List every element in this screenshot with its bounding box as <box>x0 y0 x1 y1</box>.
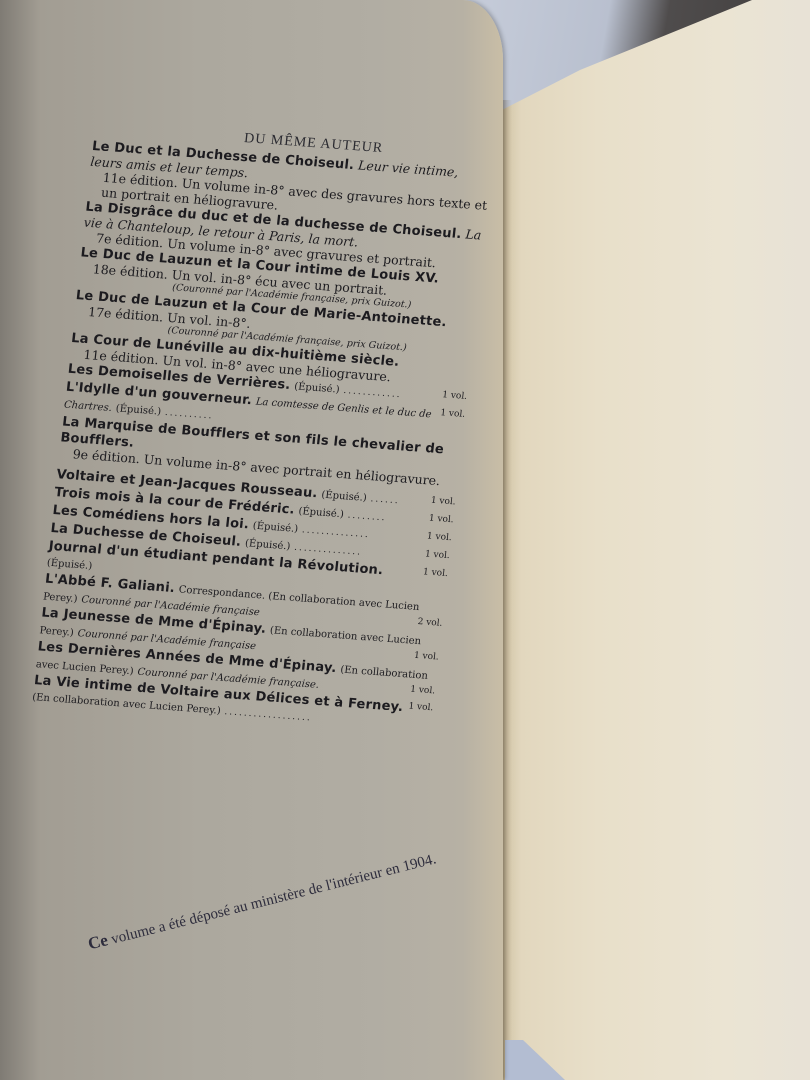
leader-dots: .................. <box>224 707 312 723</box>
deposit-notice: Ce volume a été déposé au ministère de l… <box>86 848 438 954</box>
book-details: (Épuisé.) <box>252 521 298 535</box>
volume-count: 1 vol. <box>430 494 456 511</box>
bibliography-list: DU MÊME AUTEUR Le Duc et la Duchesse de … <box>31 120 494 735</box>
volume-count: 2 vol. <box>417 615 443 632</box>
volume-count: 1 vol. <box>439 406 465 423</box>
book-details: (Épuisé.) <box>321 490 367 504</box>
book-details: (Épuisé.) <box>294 381 340 395</box>
volume-count: 1 vol. <box>441 388 467 405</box>
deposit-lead: Ce <box>86 930 110 953</box>
leader-dots: .......... <box>164 408 214 422</box>
book-details: (Épuisé.) <box>46 558 92 572</box>
leader-dots: ...... <box>370 494 400 506</box>
volume-count: 1 vol. <box>424 547 450 564</box>
leader-dots: ........ <box>347 511 387 524</box>
leader-dots: .............. <box>294 543 363 558</box>
volume-count: 1 vol. <box>409 683 435 700</box>
right-blank-page <box>502 0 810 1080</box>
volume-count: 1 vol. <box>422 565 448 582</box>
book-details: (Épuisé.) <box>298 506 344 520</box>
volume-count: 1 vol. <box>408 700 434 717</box>
book-details: (Épuisé.) <box>244 538 290 552</box>
deposit-text: volume a été déposé au ministère de l'in… <box>110 851 438 947</box>
leader-dots: ............ <box>343 386 402 400</box>
gutter-shadow <box>502 100 512 1080</box>
leader-dots: .............. <box>301 525 370 540</box>
left-page: DU MÊME AUTEUR Le Duc et la Duchesse de … <box>0 0 503 1080</box>
volume-count: 1 vol. <box>426 529 452 546</box>
volume-count: 1 vol. <box>413 649 439 666</box>
book-details: (Épuisé.) <box>115 403 161 417</box>
volume-count: 1 vol. <box>428 512 454 529</box>
